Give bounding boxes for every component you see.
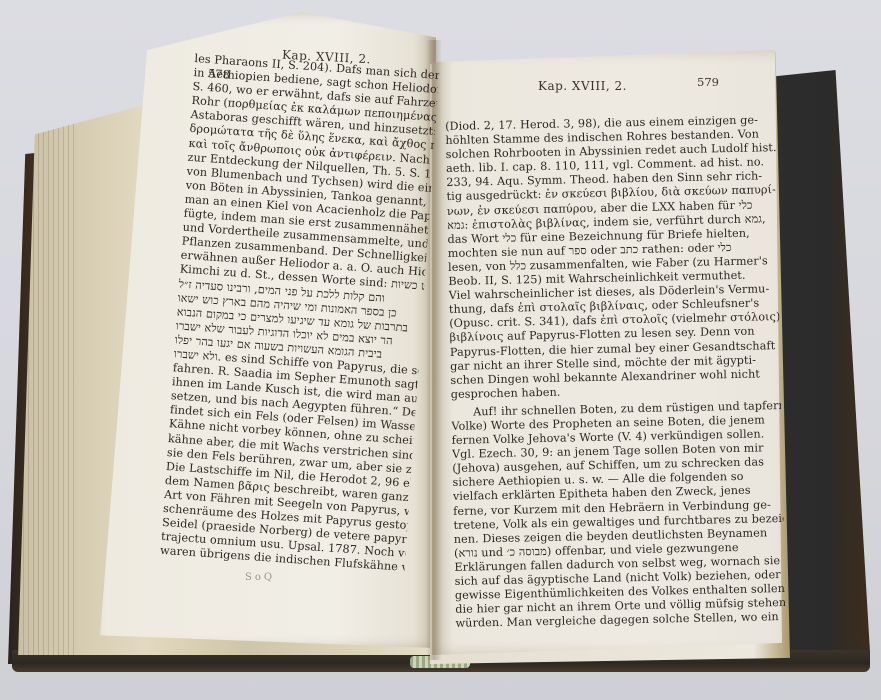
show-through-mark: SoQ bbox=[245, 572, 275, 583]
book-photo: Kap. XVIII, 2. 578 Kap. XVIII, 2. 579 le… bbox=[0, 0, 881, 700]
right-page-number: 579 bbox=[697, 75, 719, 89]
left-page-text: les Pharaons II, S. 204). Dafs man sich … bbox=[160, 52, 440, 575]
right-running-head: Kap. XVIII, 2. bbox=[538, 79, 627, 93]
right-page-text: (Diod. 2, 17. Herod. 3, 98), die aus ein… bbox=[445, 113, 786, 631]
